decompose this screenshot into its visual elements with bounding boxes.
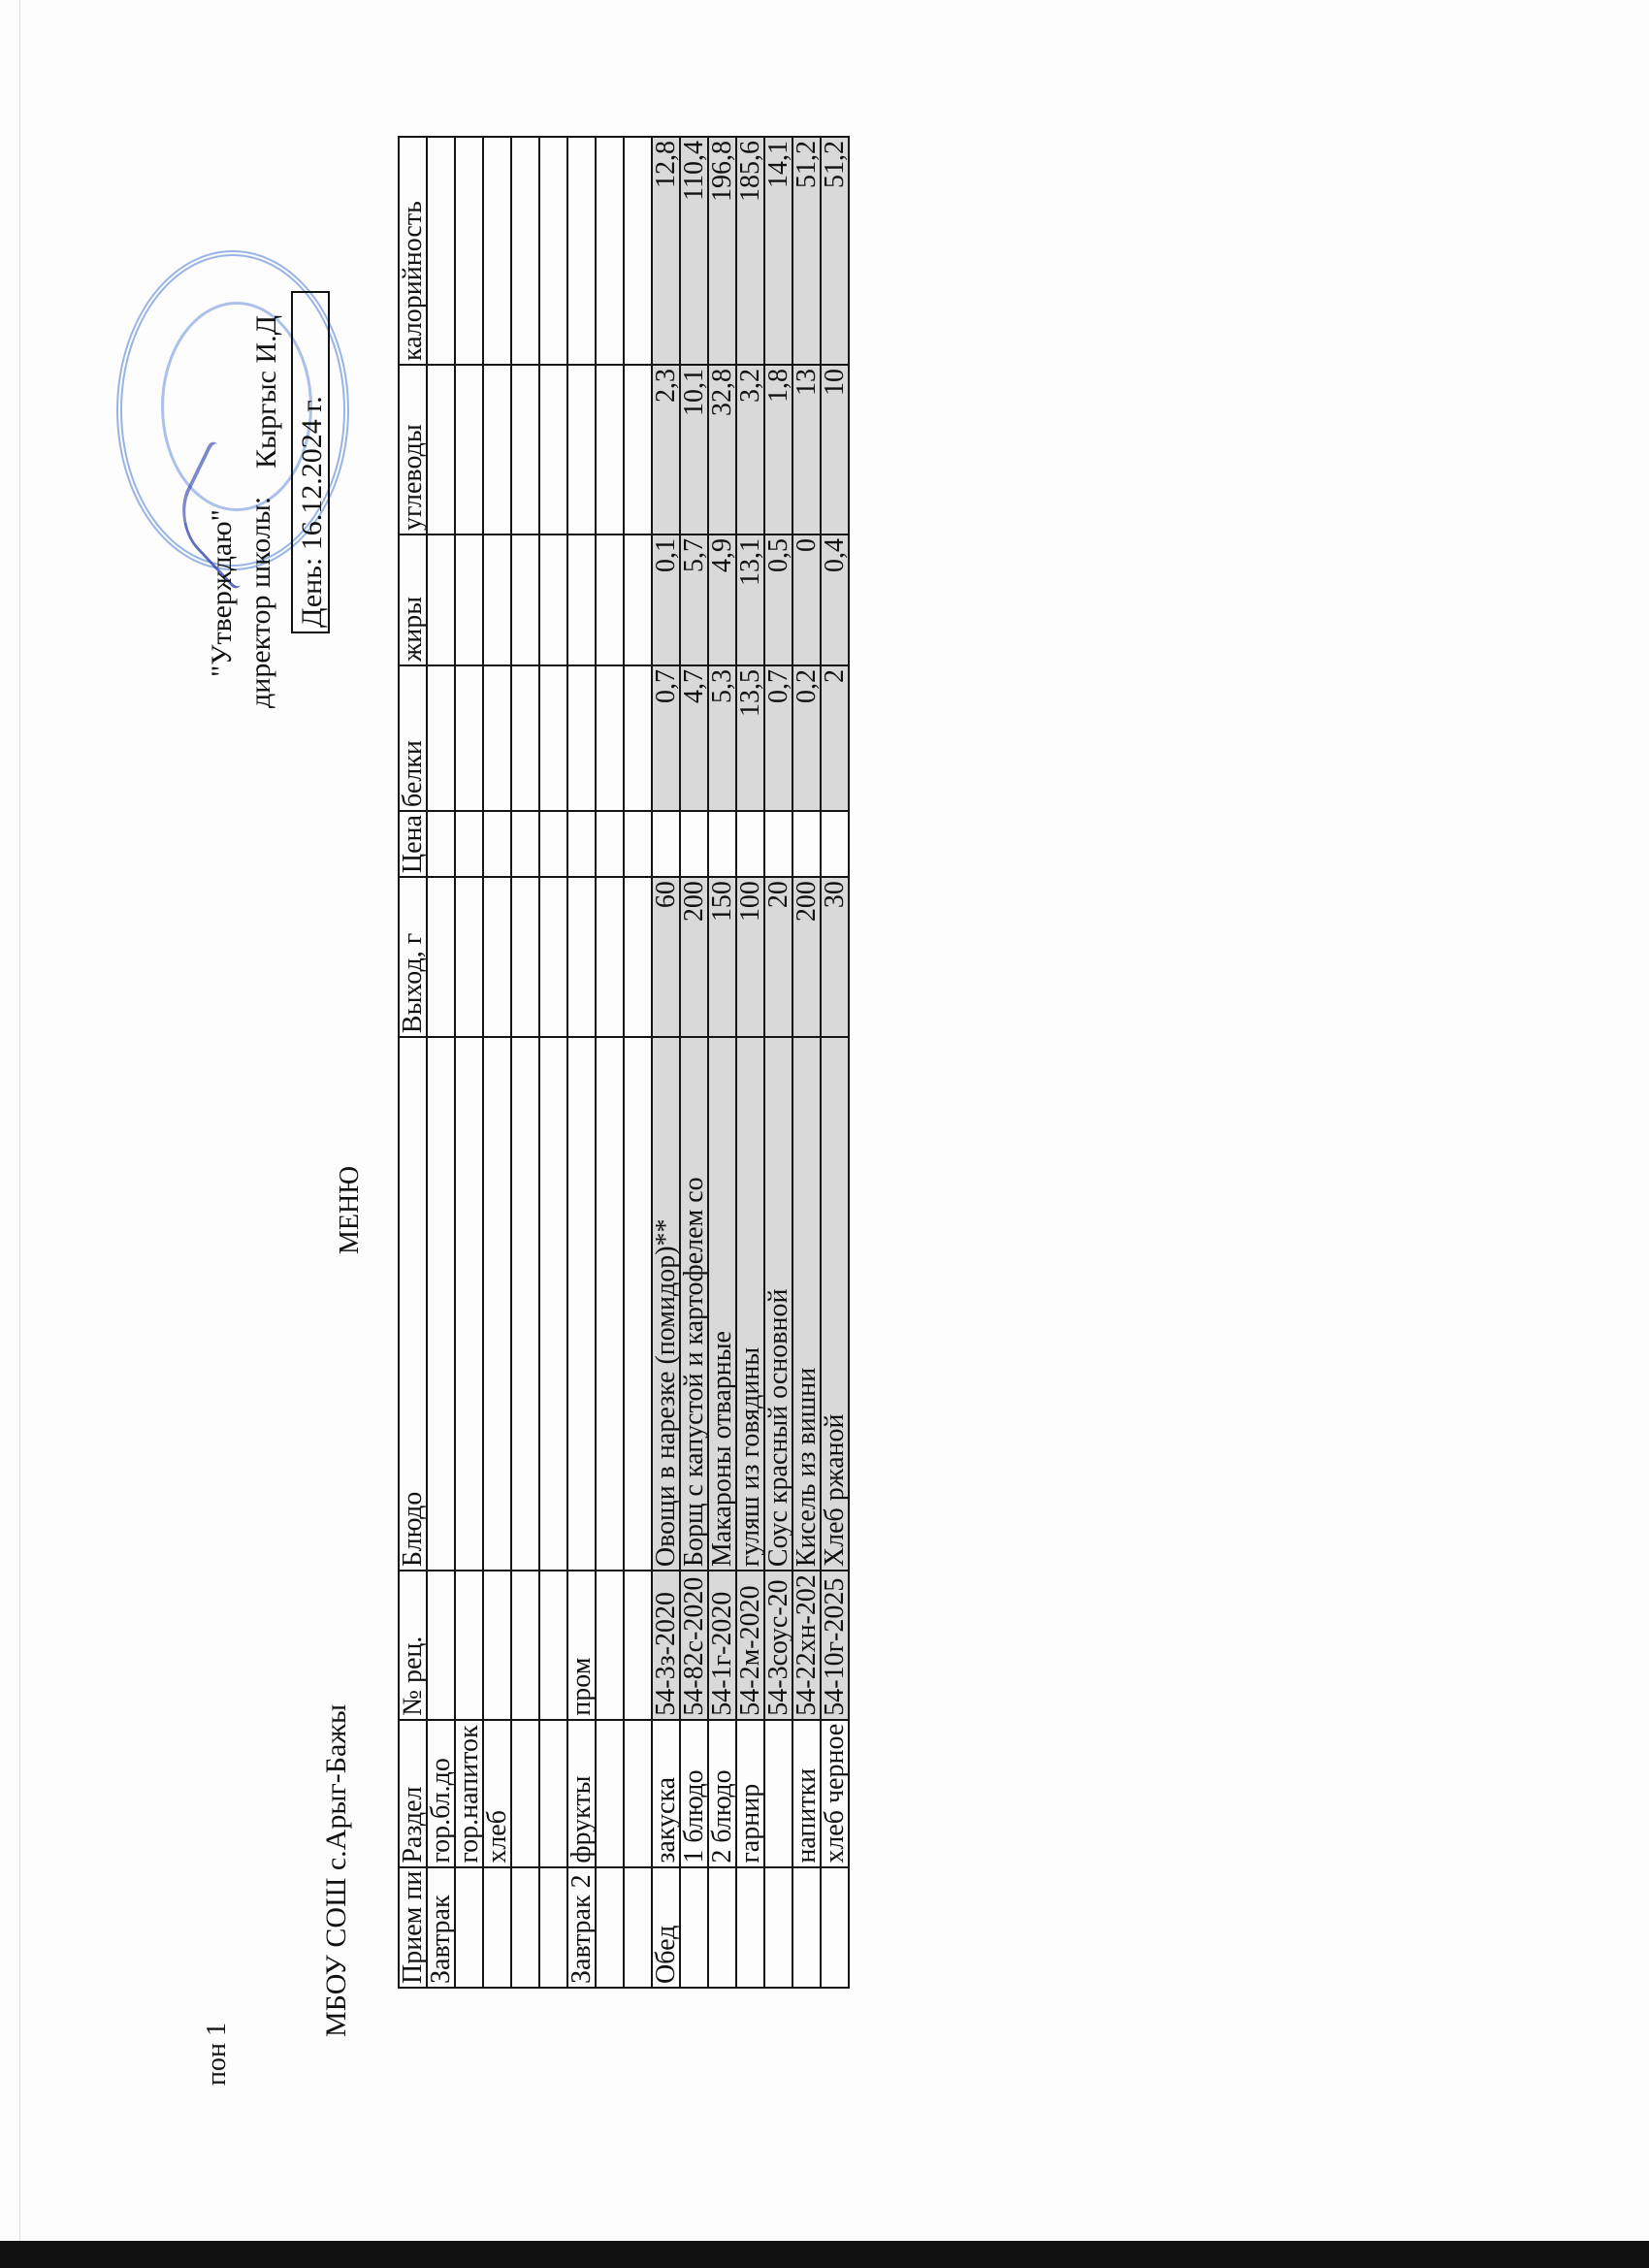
protein-cell (455, 665, 483, 811)
price-cell (708, 811, 736, 877)
meal-cell (483, 1867, 511, 1988)
price-cell (821, 811, 849, 877)
dish-cell (483, 1037, 511, 1571)
fat-cell: 0,1 (652, 535, 680, 665)
protein-cell (596, 665, 624, 811)
column-header: Цена (399, 811, 427, 877)
table-row (539, 137, 567, 1988)
kcal-cell: 51,2 (821, 137, 849, 365)
table-row: Обедзакуска54-3з-2020Овощи в нарезке (по… (652, 137, 680, 1988)
price-cell (624, 811, 652, 877)
price-cell (736, 811, 764, 877)
carbs-cell (427, 365, 455, 535)
school-name: МБОУ СОШ с.Арыг-Бажы (320, 1704, 353, 2037)
date-box: День: 16.12.2024 г. (291, 291, 330, 633)
carbs-cell (539, 365, 567, 535)
dish-cell: Хлеб ржаной (821, 1037, 849, 1571)
table-row: 54-3соус-20Соус красный основной200,70,5… (764, 137, 792, 1988)
fat-cell (455, 535, 483, 665)
yield-cell (511, 877, 539, 1037)
yield-cell (567, 877, 596, 1037)
price-cell (652, 811, 680, 877)
dish-cell (427, 1037, 455, 1571)
dish-cell: гуляш из говядины (736, 1037, 764, 1571)
section-cell (539, 1720, 567, 1867)
kcal-cell: 12,8 (652, 137, 680, 365)
recipe-cell (427, 1571, 455, 1720)
kcal-cell: 185,6 (736, 137, 764, 365)
yield-cell: 60 (652, 877, 680, 1037)
fat-cell: 0,4 (821, 535, 849, 665)
price-cell (567, 811, 596, 877)
dish-cell (539, 1037, 567, 1571)
recipe-cell (455, 1571, 483, 1720)
price-cell (427, 811, 455, 877)
fat-cell (539, 535, 567, 665)
section-cell: 2 блюдо (708, 1720, 736, 1867)
carbs-cell (511, 365, 539, 535)
column-header: Раздел (399, 1720, 427, 1867)
recipe-cell (624, 1571, 652, 1720)
carbs-cell: 2,3 (652, 365, 680, 535)
fat-cell: 4,9 (708, 535, 736, 665)
dish-cell (455, 1037, 483, 1571)
protein-cell: 2 (821, 665, 849, 811)
section-cell (596, 1720, 624, 1867)
yield-cell: 20 (764, 877, 792, 1037)
yield-cell (483, 877, 511, 1037)
column-header: Прием пи (399, 1867, 427, 1988)
signer-name: Кыргыс И.Д (250, 315, 283, 469)
dish-cell: Соус красный основной (764, 1037, 792, 1571)
protein-cell (511, 665, 539, 811)
yield-cell: 200 (792, 877, 821, 1037)
kcal-cell: 196,8 (708, 137, 736, 365)
protein-cell (567, 665, 596, 811)
price-cell (511, 811, 539, 877)
price-cell (680, 811, 708, 877)
dish-cell: Овощи в нарезке (помидор)** (652, 1037, 680, 1571)
yield-cell (596, 877, 624, 1037)
recipe-cell: 54-22хн-202 (792, 1571, 821, 1720)
protein-cell: 4,7 (680, 665, 708, 811)
fat-cell (567, 535, 596, 665)
column-header: Блюдо (399, 1037, 427, 1571)
table-row (596, 137, 624, 1988)
recipe-cell: 54-82с-2020 (680, 1571, 708, 1720)
yield-cell (624, 877, 652, 1037)
approval-role: директор школы: (244, 497, 277, 708)
price-cell (596, 811, 624, 877)
section-cell: гор.напиток (455, 1720, 483, 1867)
table-row: 1 блюдо54-82с-2020Борщ с капустой и карт… (680, 137, 708, 1988)
carbs-cell: 10,1 (680, 365, 708, 535)
price-cell (792, 811, 821, 877)
recipe-cell (596, 1571, 624, 1720)
protein-cell: 5,3 (708, 665, 736, 811)
yield-cell (539, 877, 567, 1037)
kcal-cell (596, 137, 624, 365)
table-row: напитки54-22хн-202Кисель из вишни2000,20… (792, 137, 821, 1988)
meal-cell (680, 1867, 708, 1988)
approval-heading: "Утверждаю" (206, 509, 239, 677)
table-row: Завтракгор.бл.до (427, 137, 455, 1988)
recipe-cell: 54-10г-2025 (821, 1571, 849, 1720)
fat-cell: 0 (792, 535, 821, 665)
price-cell (539, 811, 567, 877)
meal-cell: Обед (652, 1867, 680, 1988)
meal-cell (764, 1867, 792, 1988)
section-cell: закуска (652, 1720, 680, 1867)
dish-cell (596, 1037, 624, 1571)
recipe-cell (539, 1571, 567, 1720)
protein-cell: 0,2 (792, 665, 821, 811)
fat-cell: 13,1 (736, 535, 764, 665)
recipe-cell: пром (567, 1571, 596, 1720)
section-cell (764, 1720, 792, 1867)
meal-cell (539, 1867, 567, 1988)
meal-cell (821, 1867, 849, 1988)
recipe-cell: 54-3з-2020 (652, 1571, 680, 1720)
dish-cell: Борщ с капустой и картофелем со (680, 1037, 708, 1571)
meal-cell (708, 1867, 736, 1988)
section-cell: фрукты (567, 1720, 596, 1867)
meal-cell: Завтрак 2 (567, 1867, 596, 1988)
section-cell: 1 блюдо (680, 1720, 708, 1867)
protein-cell: 0,7 (764, 665, 792, 811)
kcal-cell (567, 137, 596, 365)
recipe-cell: 54-3соус-20 (764, 1571, 792, 1720)
carbs-cell (455, 365, 483, 535)
table-row: хлеб черное54-10г-2025Хлеб ржаной3020,41… (821, 137, 849, 1988)
protein-cell (539, 665, 567, 811)
column-header: Выход, г (399, 877, 427, 1037)
kcal-cell (483, 137, 511, 365)
scanned-page: пон 1 МБОУ СОШ с.Арыг-Бажы МЕНЮ "Утвержд… (0, 0, 1649, 2268)
dish-cell (511, 1037, 539, 1571)
menu-table: Прием пи Раздел № рец. Блюдо Выход, г Це… (398, 136, 850, 1989)
table-header-row: Прием пи Раздел № рец. Блюдо Выход, г Це… (399, 137, 427, 1988)
table-row: 2 блюдо54-1г-2020Макароны отварные1505,3… (708, 137, 736, 1988)
table-row: гарнир54-2м-2020гуляш из говядины10013,5… (736, 137, 764, 1988)
column-header: белки (399, 665, 427, 811)
carbs-cell (596, 365, 624, 535)
recipe-cell (483, 1571, 511, 1720)
yield-cell: 200 (680, 877, 708, 1037)
kcal-cell (624, 137, 652, 365)
recipe-cell: 54-2м-2020 (736, 1571, 764, 1720)
page-title: МЕНЮ (335, 1166, 366, 1254)
table-row: Завтрак 2фруктыпром (567, 137, 596, 1988)
table-row: хлеб (483, 137, 511, 1988)
dish-cell (624, 1037, 652, 1571)
meal-cell (736, 1867, 764, 1988)
column-header: жиры (399, 535, 427, 665)
price-cell (483, 811, 511, 877)
protein-cell (624, 665, 652, 811)
column-header: калорийность (399, 137, 427, 365)
scan-edge (19, 0, 20, 2241)
protein-cell (483, 665, 511, 811)
carbs-cell (624, 365, 652, 535)
carbs-cell (483, 365, 511, 535)
kcal-cell (427, 137, 455, 365)
kcal-cell (455, 137, 483, 365)
section-cell: хлеб (483, 1720, 511, 1867)
meal-cell: Завтрак (427, 1867, 455, 1988)
page-label: пон 1 (202, 2023, 233, 2086)
meal-cell (455, 1867, 483, 1988)
yield-cell: 100 (736, 877, 764, 1037)
price-cell (764, 811, 792, 877)
carbs-cell (567, 365, 596, 535)
protein-cell: 0,7 (652, 665, 680, 811)
section-cell: хлеб черное (821, 1720, 849, 1867)
dish-cell: Кисель из вишни (792, 1037, 821, 1571)
carbs-cell: 3,2 (736, 365, 764, 535)
fat-cell (511, 535, 539, 665)
dish-cell (567, 1037, 596, 1571)
fat-cell: 5,7 (680, 535, 708, 665)
carbs-cell: 13 (792, 365, 821, 535)
yield-cell: 150 (708, 877, 736, 1037)
section-cell: гор.бл.до (427, 1720, 455, 1867)
recipe-cell (511, 1571, 539, 1720)
fat-cell (624, 535, 652, 665)
yield-cell (455, 877, 483, 1037)
scan-border (0, 2241, 1649, 2268)
kcal-cell (539, 137, 567, 365)
carbs-cell: 10 (821, 365, 849, 535)
table-row (624, 137, 652, 1988)
column-header: углеводы (399, 365, 427, 535)
section-cell (624, 1720, 652, 1867)
meal-cell (511, 1867, 539, 1988)
kcal-cell (511, 137, 539, 365)
fat-cell (483, 535, 511, 665)
meal-cell (792, 1867, 821, 1988)
protein-cell (427, 665, 455, 811)
carbs-cell: 32,8 (708, 365, 736, 535)
kcal-cell: 110,4 (680, 137, 708, 365)
section-cell: гарнир (736, 1720, 764, 1867)
table-row (511, 137, 539, 1988)
recipe-cell: 54-1г-2020 (708, 1571, 736, 1720)
price-cell (455, 811, 483, 877)
protein-cell: 13,5 (736, 665, 764, 811)
meal-cell (624, 1867, 652, 1988)
table-row: гор.напиток (455, 137, 483, 1988)
carbs-cell: 1,8 (764, 365, 792, 535)
section-cell: напитки (792, 1720, 821, 1867)
yield-cell: 30 (821, 877, 849, 1037)
yield-cell (427, 877, 455, 1037)
fat-cell (427, 535, 455, 665)
column-header: № рец. (399, 1571, 427, 1720)
fat-cell: 0,5 (764, 535, 792, 665)
meal-cell (596, 1867, 624, 1988)
kcal-cell: 51,2 (792, 137, 821, 365)
dish-cell: Макароны отварные (708, 1037, 736, 1571)
kcal-cell: 14,1 (764, 137, 792, 365)
fat-cell (596, 535, 624, 665)
section-cell (511, 1720, 539, 1867)
